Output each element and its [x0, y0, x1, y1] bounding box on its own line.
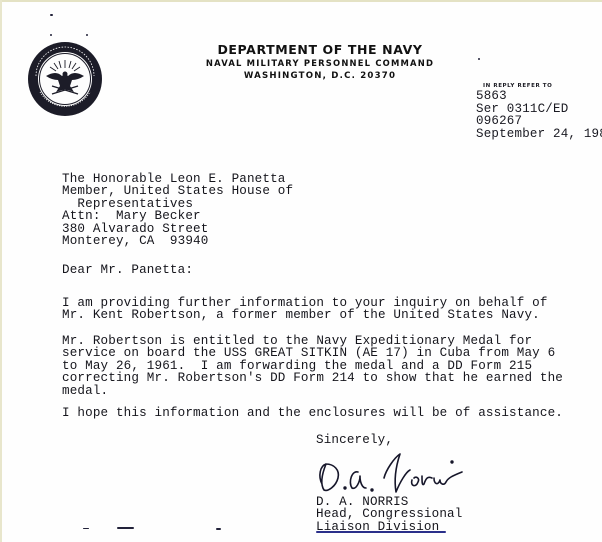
address-line: Member, United States House of: [62, 185, 293, 197]
scan-speck: [83, 528, 89, 529]
body-paragraph: I am providing further information to yo…: [62, 297, 548, 322]
signer-block: D. A. NORRIS Head, Congressional Liaison…: [316, 496, 462, 533]
department-of-defense-seal-icon: [26, 40, 104, 118]
body-line: service on board the USS GREAT SITKIN (A…: [62, 347, 563, 359]
handwritten-signature-icon: [312, 448, 482, 500]
scan-speck: [478, 58, 480, 60]
scan-edge-top: [0, 0, 602, 2]
body-line: Mr. Kent Robertson, a former member of t…: [62, 309, 548, 321]
recipient-address: The Honorable Leon E. Panetta Member, Un…: [62, 173, 293, 247]
signer-title: Head, Congressional: [316, 508, 462, 520]
reply-line: 096267: [476, 115, 602, 128]
body-paragraph: Mr. Robertson is entitled to the Navy Ex…: [62, 335, 563, 397]
body-paragraph: I hope this information and the enclosur…: [62, 407, 563, 419]
address-line: Attn: Mary Becker: [62, 210, 293, 222]
command-address: WASHINGTON, D.C. 20370: [190, 70, 450, 83]
body-line: I hope this information and the enclosur…: [62, 407, 563, 419]
valediction: Sincerely,: [316, 434, 393, 446]
letter-page: DEPARTMENT OF THE NAVY NAVAL MILITARY PE…: [0, 0, 602, 542]
department-name: DEPARTMENT OF THE NAVY: [190, 42, 450, 57]
command-name: NAVAL MILITARY PERSONNEL COMMAND: [190, 57, 450, 70]
scan-speck: [50, 34, 52, 36]
body-line: correcting Mr. Robertson's DD Form 214 t…: [62, 372, 563, 384]
scan-speck: [86, 34, 88, 36]
scan-edge-left: [0, 0, 2, 542]
division-underline: [316, 531, 446, 533]
letter-date: September 24, 198: [476, 128, 602, 141]
scan-speck: [50, 14, 53, 16]
salutation: Dear Mr. Panetta:: [62, 264, 193, 276]
address-line: Monterey, CA 93940: [62, 235, 293, 247]
reply-reference: IN REPLY REFER TO 5863 Ser 0311C/ED 0962…: [476, 82, 602, 140]
reply-line: 5863: [476, 90, 602, 103]
letterhead: DEPARTMENT OF THE NAVY NAVAL MILITARY PE…: [190, 42, 450, 83]
scan-speck: [117, 527, 134, 529]
body-line: medal.: [62, 385, 563, 397]
scan-speck: [216, 528, 221, 530]
